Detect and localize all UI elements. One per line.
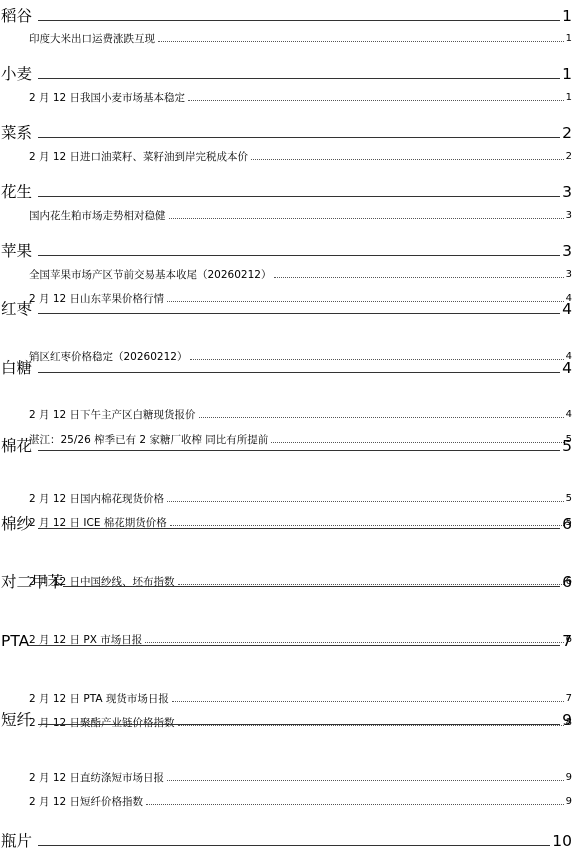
toc-title: 菜系 <box>1 126 32 142</box>
underline-leader <box>38 724 560 725</box>
toc-title: 2 月 12 日下午主产区白糖现货报价 <box>29 410 196 421</box>
page-number: 10 <box>552 834 572 849</box>
toc-title: 对二甲苯 <box>1 575 63 591</box>
toc-heading[interactable]: PTA7 <box>1 627 572 649</box>
toc-entry[interactable]: 印度大米出口运费涨跌互现1 <box>29 28 572 44</box>
toc-entry[interactable]: 2 月 12 日国内棉花现货价格5 <box>29 488 572 504</box>
toc-title: 苹果 <box>1 244 32 260</box>
page-number: 3 <box>566 211 572 221</box>
dotted-leader <box>146 804 564 805</box>
dotted-leader <box>199 417 564 418</box>
toc-entry[interactable]: 2 月 12 日进口油菜籽、菜籽油到岸完税成本价2 <box>29 146 572 162</box>
dotted-leader <box>158 41 564 42</box>
page-number: 1 <box>566 93 572 103</box>
toc-entry[interactable]: 2 月 12 日 PTA 现货市场日报7 <box>29 688 572 704</box>
underline-leader <box>38 196 560 197</box>
page-number: 3 <box>566 270 572 280</box>
toc-title: 红枣 <box>1 302 32 318</box>
page-number: 9 <box>562 713 572 729</box>
page-number: 5 <box>566 494 572 504</box>
dotted-leader <box>188 100 564 101</box>
dotted-leader <box>167 780 564 781</box>
underline-leader <box>38 372 560 373</box>
underline-leader <box>38 313 560 314</box>
toc-title: 稻谷 <box>1 9 32 25</box>
toc-heading[interactable]: 瓶片10 <box>1 827 572 849</box>
toc-title: 2 月 12 日短纤价格指数 <box>29 797 143 808</box>
toc-title: 2 月 12 日国内棉花现货价格 <box>29 494 164 505</box>
toc-entry[interactable]: 国内花生粕市场走势相对稳健3 <box>29 205 572 221</box>
toc-title: 印度大米出口运费涨跌互现 <box>29 34 155 45</box>
underline-leader <box>38 845 550 846</box>
underline-leader <box>29 645 560 646</box>
page-number: 5 <box>562 439 572 455</box>
underline-leader <box>38 78 560 79</box>
toc-heading[interactable]: 稻谷1 <box>1 2 572 24</box>
toc-heading[interactable]: 对二甲苯6 <box>1 568 572 590</box>
toc-title: 2 月 12 日我国小麦市场基本稳定 <box>29 93 185 104</box>
toc-heading[interactable]: 棉花5 <box>1 432 572 454</box>
page-number: 2 <box>562 126 572 142</box>
page-number: 4 <box>566 410 572 420</box>
toc-title: 白糖 <box>1 361 32 377</box>
toc-entry[interactable]: 2 月 12 日直纺涤短市场日报9 <box>29 767 572 783</box>
toc-title: 棉纱 <box>1 517 32 533</box>
toc-entry[interactable]: 2 月 12 日短纤价格指数9 <box>29 791 572 807</box>
dotted-leader <box>172 701 564 702</box>
toc-title: 国内花生粕市场走势相对稳健 <box>29 211 166 222</box>
toc-title: 短纤 <box>1 713 32 729</box>
underline-leader <box>38 528 560 529</box>
dotted-leader <box>169 218 564 219</box>
underline-leader <box>63 586 560 587</box>
toc-title: 全国苹果市场产区节前交易基本收尾（20260212） <box>29 270 271 281</box>
page-number: 7 <box>562 634 572 650</box>
toc-heading[interactable]: 花生3 <box>1 178 572 200</box>
page-number: 3 <box>562 185 572 201</box>
page-number: 7 <box>566 694 572 704</box>
page-number: 9 <box>566 797 572 807</box>
toc-heading[interactable]: 红枣4 <box>1 295 572 317</box>
toc-title: 瓶片 <box>1 834 32 849</box>
underline-leader <box>38 20 560 21</box>
page-number: 1 <box>562 9 572 25</box>
dotted-leader <box>251 159 564 160</box>
toc-title: 花生 <box>1 185 32 201</box>
page-number: 6 <box>562 575 572 591</box>
toc-heading[interactable]: 苹果3 <box>1 237 572 259</box>
page-number: 9 <box>566 773 572 783</box>
page-number: 2 <box>566 152 572 162</box>
toc-title: 棉花 <box>1 439 32 455</box>
dotted-leader <box>167 501 564 502</box>
toc-heading[interactable]: 白糖4 <box>1 354 572 376</box>
toc-title: PTA <box>1 634 29 650</box>
page-number: 6 <box>562 517 572 533</box>
page-number: 1 <box>566 34 572 44</box>
underline-leader <box>38 137 560 138</box>
toc-title: 2 月 12 日 PTA 现货市场日报 <box>29 694 169 705</box>
toc-title: 2 月 12 日进口油菜籽、菜籽油到岸完税成本价 <box>29 152 248 163</box>
page-number: 4 <box>562 361 572 377</box>
toc-entry[interactable]: 全国苹果市场产区节前交易基本收尾（20260212）3 <box>29 264 572 280</box>
page-number: 3 <box>562 244 572 260</box>
toc-entry[interactable]: 2 月 12 日我国小麦市场基本稳定1 <box>29 87 572 103</box>
dotted-leader <box>274 277 563 278</box>
toc-heading[interactable]: 棉纱6 <box>1 510 572 532</box>
toc-heading[interactable]: 小麦1 <box>1 60 572 82</box>
toc-title: 小麦 <box>1 67 32 83</box>
underline-leader <box>38 255 560 256</box>
toc-heading[interactable]: 短纤9 <box>1 706 572 728</box>
toc-heading[interactable]: 菜系2 <box>1 119 572 141</box>
page-number: 4 <box>562 302 572 318</box>
toc-entry[interactable]: 2 月 12 日下午主产区白糖现货报价4 <box>29 404 572 420</box>
underline-leader <box>38 450 560 451</box>
toc-title: 2 月 12 日直纺涤短市场日报 <box>29 773 164 784</box>
page-number: 1 <box>562 67 572 83</box>
